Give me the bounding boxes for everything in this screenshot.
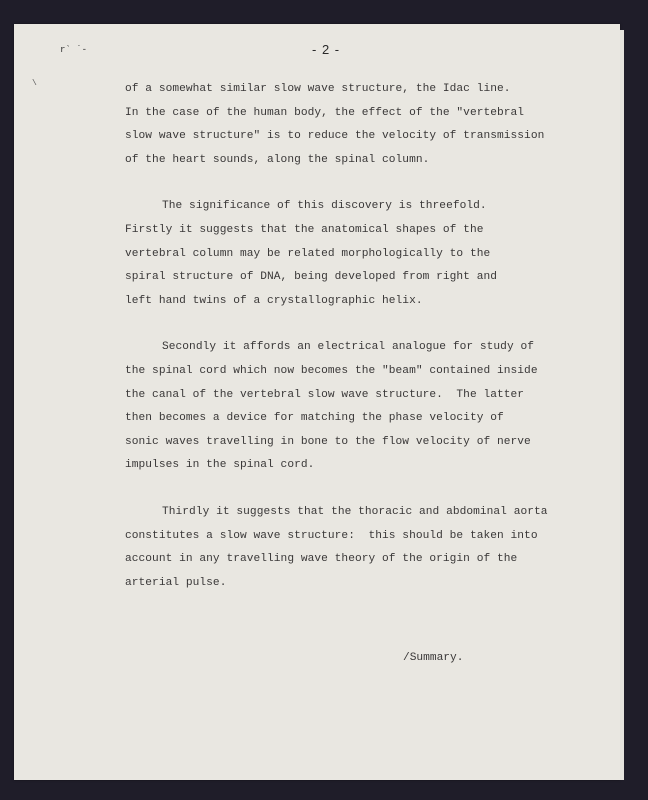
text-line: the canal of the vertebral slow wave str… [125, 384, 555, 408]
body-text: of a somewhat similar slow wave structur… [125, 78, 555, 618]
text-line: The significance of this discovery is th… [125, 195, 555, 219]
text-line: sonic waves travelling in bone to the fl… [125, 431, 555, 455]
text-line: In the case of the human body, the effec… [125, 102, 555, 126]
text-line: of a somewhat similar slow wave structur… [125, 78, 555, 102]
text-line: the spinal cord which now becomes the "b… [125, 360, 555, 384]
text-line: Firstly it suggests that the anatomical … [125, 219, 555, 243]
text-line: left hand twins of a crystallographic he… [125, 290, 555, 314]
text-line: Secondly it affords an electrical analog… [125, 336, 555, 360]
text-line: account in any travelling wave theory of… [125, 548, 555, 572]
stray-marks: r` ˙- [60, 45, 87, 55]
text-line: then becomes a device for matching the p… [125, 407, 555, 431]
paragraph-3: Secondly it affords an electrical analog… [125, 336, 555, 478]
paragraph-4: Thirdly it suggests that the thoracic an… [125, 501, 555, 595]
page-number: - 2 - [312, 42, 340, 57]
text-line: Thirdly it suggests that the thoracic an… [125, 501, 555, 525]
text-line: slow wave structure" is to reduce the ve… [125, 125, 555, 149]
paragraph-2: The significance of this discovery is th… [125, 195, 555, 313]
text-line: arterial pulse. [125, 572, 555, 596]
text-line: of the heart sounds, along the spinal co… [125, 149, 555, 173]
text-line: constitutes a slow wave structure: this … [125, 525, 555, 549]
closing-catchword: /Summary. [403, 652, 463, 664]
text-line: impulses in the spinal cord. [125, 454, 555, 478]
paragraph-1: of a somewhat similar slow wave structur… [125, 78, 555, 172]
text-line: spiral structure of DNA, being developed… [125, 266, 555, 290]
text-line: vertebral column may be related morpholo… [125, 243, 555, 267]
stray-tick-mark: \ [32, 79, 37, 88]
